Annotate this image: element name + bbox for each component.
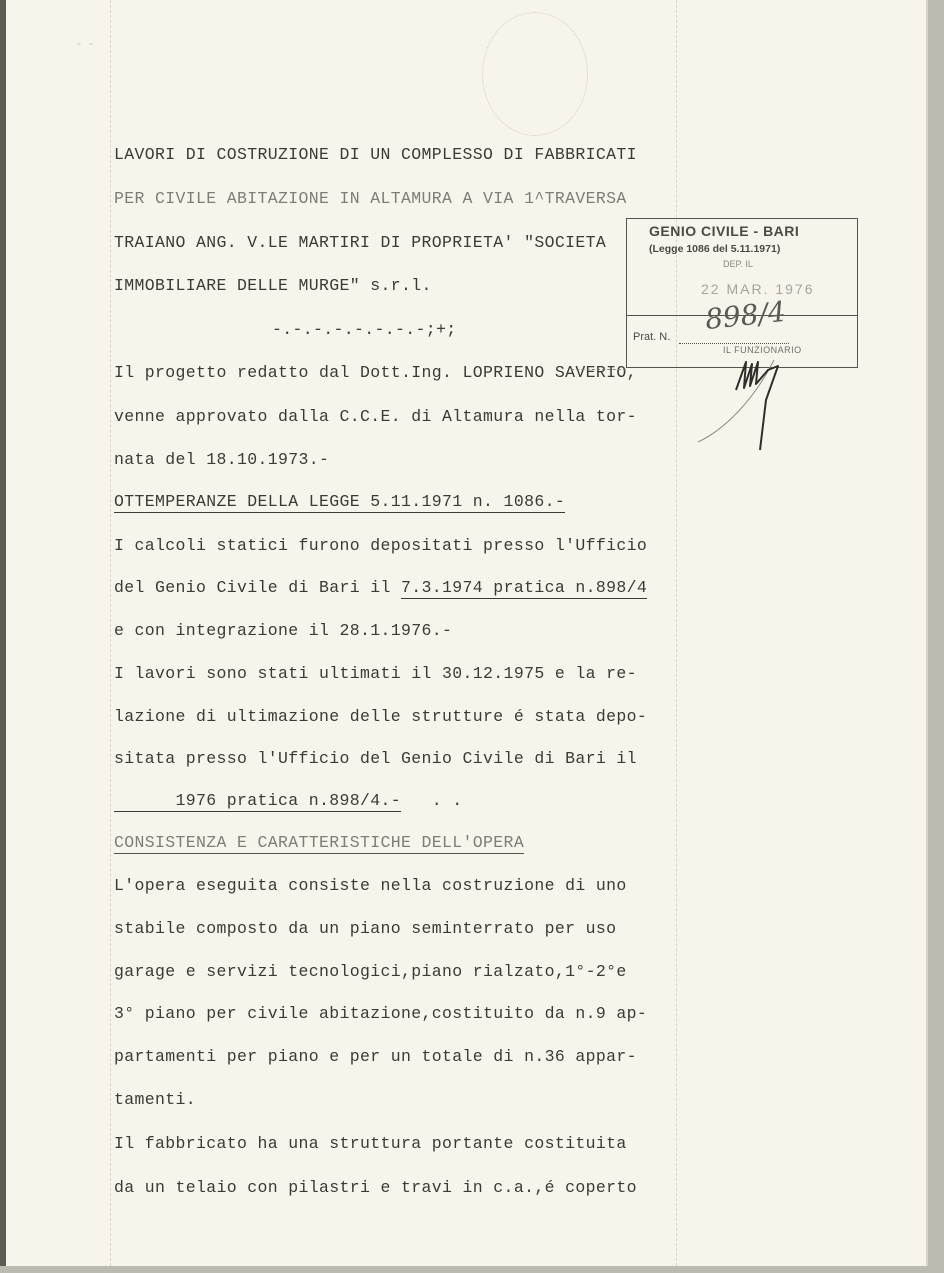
title-line-1: LAVORI DI COSTRUZIONE DI UN COMPLESSO DI… <box>114 145 637 164</box>
margin-line-left <box>110 0 112 1266</box>
lavori-line-4-suffix: . . <box>401 791 463 810</box>
calcoli-line-1: I calcoli statici furono depositati pres… <box>114 536 647 555</box>
lavori-line-4: 1976 pratica n.898/4.- . . <box>114 791 463 810</box>
opera-line-4: 3° piano per civile abitazione,costituit… <box>114 1004 647 1023</box>
opera-line-3: garage e servizi tecnologici,piano rialz… <box>114 962 627 981</box>
lavori-line-2: lazione di ultimazione delle strutture é… <box>114 707 647 726</box>
faint-stamp-circle <box>482 12 588 136</box>
stamp-title: GENIO CIVILE - BARI <box>649 223 799 239</box>
signature-icon <box>694 350 824 460</box>
dashed-connector <box>571 369 626 370</box>
lavori-line-3: sitata presso l'Ufficio del Genio Civile… <box>114 749 637 768</box>
heading-opera-text: CONSISTENZA E CARATTERISTICHE DELL'OPERA <box>114 833 524 854</box>
project-line-2: venne approvato dalla C.C.E. di Altamura… <box>114 407 637 426</box>
stamp-law: (Legge 1086 del 5.11.1971) <box>649 243 780 255</box>
calcoli-line-2: del Genio Civile di Bari il 7.3.1974 pra… <box>114 578 647 597</box>
separator: -.-.-.-.-.-.-.-;+; <box>272 320 457 339</box>
stamp-date: 22 MAR. 1976 <box>701 281 815 297</box>
genio-civile-stamp: GENIO CIVILE - BARI (Legge 1086 del 5.11… <box>626 218 858 368</box>
calcoli-line-3: e con integrazione il 28.1.1976.- <box>114 621 452 640</box>
opera-line-5: partamenti per piano e per un totale di … <box>114 1047 637 1066</box>
stamp-prat-number: 898/4 <box>703 295 787 336</box>
struttura-line-2: da un telaio con pilastri e travi in c.a… <box>114 1178 637 1197</box>
heading-opera: CONSISTENZA E CARATTERISTICHE DELL'OPERA <box>114 833 524 852</box>
margin-line-right <box>676 0 678 1266</box>
stamp-dep-label: DEP. IL <box>723 259 753 269</box>
heading-law: OTTEMPERANZE DELLA LEGGE 5.11.1971 n. 10… <box>114 492 565 511</box>
calcoli-line-2-prefix: del Genio Civile di Bari il <box>114 578 401 597</box>
struttura-line-1: Il fabbricato ha una struttura portante … <box>114 1134 627 1153</box>
title-line-4: IMMOBILIARE DELLE MURGE" s.r.l. <box>114 276 432 295</box>
opera-line-2: stabile composto da un piano seminterrat… <box>114 919 616 938</box>
opera-line-1: L'opera eseguita consiste nella costruzi… <box>114 876 627 895</box>
calcoli-line-2-underlined: 7.3.1974 pratica n.898/4 <box>401 578 647 599</box>
stamp-prat-underline <box>679 343 789 344</box>
title-line-3: TRAIANO ANG. V.LE MARTIRI DI PROPRIETA' … <box>114 233 606 252</box>
stamp-prat-label: Prat. N. <box>633 331 670 343</box>
opera-line-6: tamenti. <box>114 1090 196 1109</box>
lavori-line-4-underlined: 1976 pratica n.898/4.- <box>114 791 401 812</box>
heading-law-text: OTTEMPERANZE DELLA LEGGE 5.11.1971 n. 10… <box>114 492 565 513</box>
project-line-1: Il progetto redatto dal Dott.Ing. LOPRIE… <box>114 363 637 382</box>
document-page: - - LAVORI DI COSTRUZIONE DI UN COMPLESS… <box>0 0 926 1266</box>
project-line-3: nata del 18.10.1973.- <box>114 450 329 469</box>
margin-note: - - <box>76 40 94 51</box>
title-line-2: PER CIVILE ABITAZIONE IN ALTAMURA A VIA … <box>114 189 627 208</box>
lavori-line-1: I lavori sono stati ultimati il 30.12.19… <box>114 664 637 683</box>
